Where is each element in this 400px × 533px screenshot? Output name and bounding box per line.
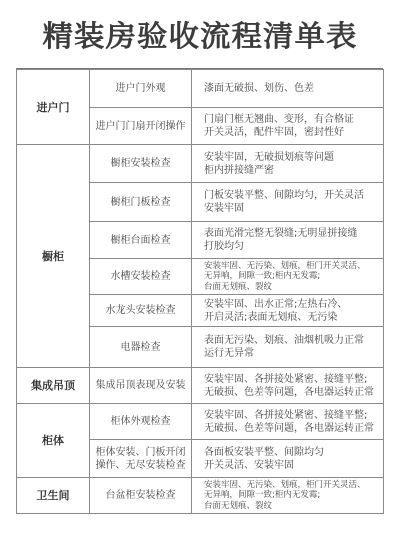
standard-cell: 各面板安装平整、间隙均匀 开关灵活、安装牢固 [192, 440, 384, 478]
item-cell: 水龙头安装检查 [90, 295, 192, 327]
standard-cell: 安装牢固、无污染、划痕，柜门开关灵活、 无异响，间隙一致;柜内无发霉; 台面无划… [192, 259, 384, 295]
table-row: 橱柜 橱柜安装检查 安装牢固，无破损划痕等问题 柜内拼接缝严密 [17, 145, 384, 183]
item-cell: 电器检查 [90, 327, 192, 368]
item-cell: 集成吊顶表现及安装 [90, 368, 192, 404]
standard-cell: 安装牢固、出水正常;左热右冷、 开启灵活;表面无划痕、无污染 [192, 295, 384, 327]
standard-cell: 安装牢固、各拼接处紧密、接缝平整; 无破损、色差等问题，各电器运转正常 [192, 404, 384, 440]
item-cell: 橱柜台面检查 [90, 222, 192, 259]
item-cell: 橱柜安装检查 [90, 145, 192, 183]
standard-cell: 门板安装平整、间隙均匀，开关灵活 安装牢固 [192, 183, 384, 222]
item-cell: 柜体外观检查 [90, 404, 192, 440]
table-row: 卫生间 台盆柜安装检查 安装牢固、无污染、划痕，柜门开关灵活、 无异响，间隙一致… [17, 478, 384, 514]
standard-cell: 安装牢固、无污染、划痕，柜门开关灵活、 无异响，间隙一致;柜内无发霉; 台面无划… [192, 478, 384, 514]
item-cell: 进户门门扇开闭操作 [90, 108, 192, 145]
standard-cell: 安装牢固、各拼接处紧密、接缝平整; 无破损、色差等问题，各电器运转正常 [192, 368, 384, 404]
item-cell: 台盆柜安装检查 [90, 478, 192, 514]
item-cell: 柜体安装、门板开闭 操作、无尽安装检查 [90, 440, 192, 478]
category-cell: 集成吊顶 [17, 368, 90, 404]
standard-cell: 漆面无破损、划伤、色差 [192, 70, 384, 108]
table-row: 进户门 进户门外观 漆面无破损、划伤、色差 [17, 70, 384, 108]
category-cell: 橱柜 [17, 145, 90, 368]
item-cell: 水槽安装检查 [90, 259, 192, 295]
inspection-checklist-table: 进户门 进户门外观 漆面无破损、划伤、色差 进户门门扇开闭操作 门扇门框无翘曲、… [16, 69, 384, 514]
category-cell: 进户门 [17, 70, 90, 145]
page-title: 精装房验收流程清单表 [0, 14, 400, 55]
standard-cell: 表面无污染、划痕、油烟机吸力正常 运行无异常 [192, 327, 384, 368]
category-cell: 柜体 [17, 404, 90, 478]
table-row: 柜体 柜体外观检查 安装牢固、各拼接处紧密、接缝平整; 无破损、色差等问题，各电… [17, 404, 384, 440]
standard-cell: 安装牢固，无破损划痕等问题 柜内拼接缝严密 [192, 145, 384, 183]
standard-cell: 门扇门框无翘曲、变形，有合格证 开关灵活，配件牢固，密封性好 [192, 108, 384, 145]
item-cell: 进户门外观 [90, 70, 192, 108]
standard-cell: 表面光滑完整无裂缝;无明显拼接缝 打胶均匀 [192, 222, 384, 259]
item-cell: 橱柜门板检查 [90, 183, 192, 222]
category-cell: 卫生间 [17, 478, 90, 514]
table-row: 集成吊顶 集成吊顶表现及安装 安装牢固、各拼接处紧密、接缝平整; 无破损、色差等… [17, 368, 384, 404]
